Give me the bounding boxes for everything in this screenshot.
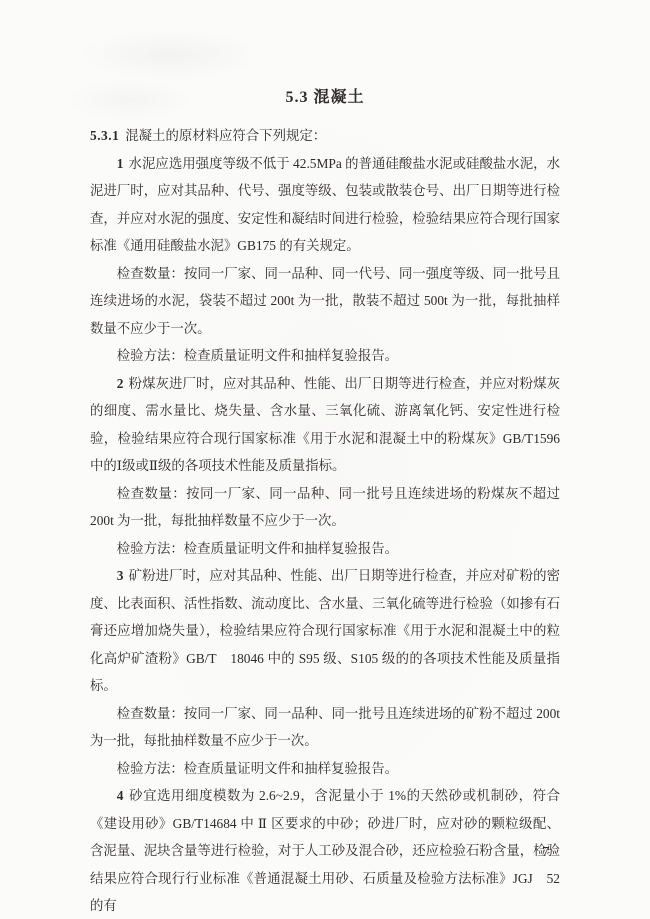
paragraph: 检验方法：检查质量证明文件和抽样复验报告。 <box>90 535 560 563</box>
paragraph: 检查数量：按同一厂家、同一品种、同一批号且连续进场的粉煤灰不超过 200t 为一… <box>90 480 560 535</box>
paragraph-number: 4 <box>117 788 124 803</box>
paragraph: 3矿粉进厂时，应对其品种、性能、出厂日期等进行检查，并应对矿粉的密度、比表面积、… <box>90 562 560 700</box>
paragraph: 2粉煤灰进厂时，应对其品种、性能、出厂日期等进行检查，并应对粉煤灰的细度、需水量… <box>90 370 560 480</box>
paragraph-list: 1水泥应选用强度等级不低于 42.5MPa 的普通硅酸盐水泥或硅酸盐水泥，水泥进… <box>90 150 560 919</box>
clause-heading: 5.3.1混凝土的原材料应符合下列规定： <box>90 122 560 150</box>
paragraph: 检查数量：按同一厂家、同一品种、同一代号、同一强度等级、同一批号且连续进场的水泥… <box>90 260 560 343</box>
paragraph-number: 2 <box>117 376 124 391</box>
paragraph: 检验方法：检查质量证明文件和抽样复验报告。 <box>90 755 560 783</box>
clause-body: 5.3.1混凝土的原材料应符合下列规定： 1水泥应选用强度等级不低于 42.5M… <box>90 122 560 919</box>
page-content: 5.3 混凝土 5.3.1混凝土的原材料应符合下列规定： 1水泥应选用强度等级不… <box>90 84 560 919</box>
paragraph: 检验方法：检查质量证明文件和抽样复验报告。 <box>90 342 560 370</box>
clause-number: 5.3.1 <box>90 128 119 143</box>
paragraph: 检查数量：按同一厂家、同一品种、同一批号且连续进场的矿粉不超过 200t 为一批… <box>90 700 560 755</box>
paragraph: 1水泥应选用强度等级不低于 42.5MPa 的普通硅酸盐水泥或硅酸盐水泥，水泥进… <box>90 150 560 260</box>
section-title: 5.3 混凝土 <box>90 84 560 107</box>
paragraph-number: 1 <box>117 156 124 171</box>
paragraph-number: 3 <box>117 568 124 583</box>
page-number: 7 <box>542 843 549 863</box>
document-page: 5.3 混凝土 5.3.1混凝土的原材料应符合下列规定： 1水泥应选用强度等级不… <box>0 0 650 919</box>
paragraph: 4砂宜选用细度模数为 2.6~2.9，含泥量小于 1%的天然砂或机制砂，符合《建… <box>90 782 560 919</box>
clause-intro: 混凝土的原材料应符合下列规定： <box>125 128 326 143</box>
